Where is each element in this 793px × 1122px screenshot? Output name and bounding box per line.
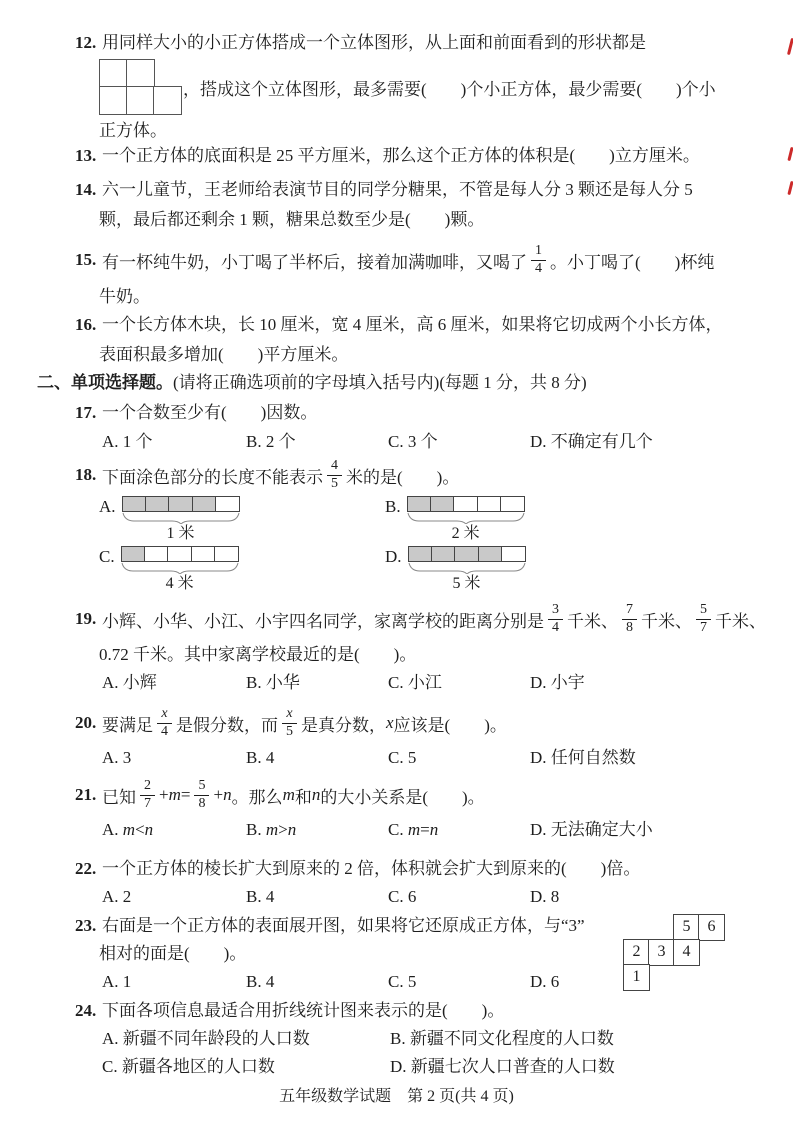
bar-segment: [477, 496, 501, 512]
bar-segment-shaded: [431, 546, 455, 562]
q17-option-a: A. 1 个: [102, 428, 246, 456]
q20-text1: 要满足: [102, 711, 153, 736]
q20-fraction-1: x4: [157, 706, 172, 739]
q14-number: 14.: [75, 175, 102, 205]
q17-text: 一个合数至少有( )因数。: [102, 403, 317, 422]
bar-segment: [453, 496, 477, 512]
q23-option-c: C. 5: [388, 968, 530, 996]
q22-text: 一个正方体的棱长扩大到原来的 2 倍，体积就会扩大到原来的( )倍。: [102, 859, 640, 878]
fraction-numerator: 7: [622, 602, 637, 619]
q20-options: A. 3 B. 4 C. 5 D. 任何自然数: [75, 744, 753, 772]
fraction-denominator: 5: [282, 724, 297, 740]
q20-option-c: C. 5: [388, 744, 530, 772]
net-cell-1: 1: [623, 964, 650, 991]
q15-fraction: 14: [531, 243, 546, 276]
q18-option-c-letter: C.: [99, 546, 115, 568]
q19-option-d: D. 小宇: [530, 669, 753, 697]
q21-number: 21.: [75, 785, 102, 805]
fraction-denominator: 4: [531, 261, 546, 277]
fraction-denominator: 7: [140, 796, 155, 812]
fraction-denominator: 7: [696, 620, 711, 636]
q18-number: 18.: [75, 465, 102, 485]
q22-option-c: C. 6: [388, 883, 530, 911]
question-16: 16.一个长方体木块，长 10 厘米，宽 4 厘米，高 6 厘米，如果将它切成两…: [75, 310, 753, 370]
figure-cell: [126, 86, 155, 115]
q19-line2: 0.72 千米。其中家离学校最近的是( )。: [75, 641, 753, 669]
q21-option-b: B. m>n: [246, 816, 388, 844]
q19-text5: 0.72 千米。其中家离学校最近的是( )。: [99, 645, 416, 664]
q18-text1: 下面涂色部分的长度不能表示: [102, 463, 323, 488]
question-13: 13.一个正方体的底面积是 25 平方厘米，那么这个正方体的体积是( )立方厘米…: [75, 141, 753, 171]
q23-option-a: A. 1: [102, 968, 246, 996]
q12-cube-view-figure: [99, 59, 183, 115]
q16-number: 16.: [75, 310, 102, 340]
q18-option-c: C. 4 米: [99, 546, 239, 594]
figure-cell: [126, 59, 155, 88]
q15-text2: 。小丁喝了( )杯纯: [550, 248, 714, 273]
q20-number: 20.: [75, 713, 102, 733]
bar-segment: [144, 546, 168, 562]
q21-text3: 和: [295, 783, 312, 808]
bar-segment: [501, 546, 525, 562]
q21-equals: =: [181, 785, 191, 805]
q18-option-d-letter: D.: [385, 546, 402, 568]
q12-figure-row: ，搭成这个立体图形，最多需要( )个小正方体，最少需要( )个小: [75, 58, 753, 116]
q20-text3: 是真分数，: [301, 711, 386, 736]
q15-text1: 有一杯纯牛奶，小丁喝了半杯后，接着加满咖啡，又喝了: [102, 248, 527, 273]
bar-segment-shaded: [122, 496, 146, 512]
q23-text2: 相对的面是( )。: [99, 944, 246, 963]
net-cell-5: 5: [673, 914, 700, 941]
fraction-numerator: 4: [327, 458, 342, 475]
question-24: 24.下面各项信息最适合用折线统计图来表示的是( )。 A. 新疆不同年龄段的人…: [75, 997, 753, 1081]
q22-option-d: D. 8: [530, 883, 753, 911]
bar-segment-shaded: [168, 496, 192, 512]
q18-option-b-letter: B.: [385, 496, 401, 518]
q18-text2: 米的是( )。: [346, 463, 459, 488]
figure-cell: [99, 59, 128, 88]
bar-segment: [500, 496, 524, 512]
fraction-denominator: 4: [548, 620, 563, 636]
q13-number: 13.: [75, 141, 102, 171]
q21-fraction-1: 27: [140, 778, 155, 811]
q19-fraction-2: 78: [622, 602, 637, 635]
red-grading-mark: [787, 181, 793, 195]
q19-option-b: B. 小华: [246, 669, 388, 697]
section-2-header: 二、单项选择题。(请将正确选项前的字母填入括号内)(每题 1 分，共 8 分): [37, 368, 753, 398]
q20-variable-x: x: [386, 713, 394, 733]
bar-segment: [167, 546, 191, 562]
bar-segment-shaded: [408, 546, 432, 562]
q18-option-a: A. 1 米: [99, 496, 240, 544]
bar-segment: [215, 496, 239, 512]
fraction-numerator: x: [157, 706, 171, 723]
q14-line1: 14.六一儿童节，王老师给表演节目的同学分糖果，不管是每人分 3 颗还是每人分 …: [75, 175, 753, 205]
q18-option-d: D. 5 米: [385, 546, 526, 594]
question-15: 15. 有一杯纯牛奶，小丁喝了半杯后，接着加满咖啡，又喝了 14 。小丁喝了( …: [75, 238, 753, 312]
segmented-bar: [121, 546, 239, 562]
fraction-numerator: 2: [140, 778, 155, 795]
q24-options-row-2: C. 新疆各地区的人口数 D. 新疆七次人口普查的人口数: [75, 1053, 753, 1081]
q22-number: 22.: [75, 855, 102, 883]
bar-segment-shaded: [430, 496, 454, 512]
q18-option-c-figure: 4 米: [121, 546, 239, 594]
q23-number: 23.: [75, 912, 102, 940]
q21-fraction-2: 58: [194, 778, 209, 811]
q12-text3: 正方体。: [99, 121, 167, 140]
fraction-numerator: 1: [531, 243, 546, 260]
under-brace: [122, 512, 240, 524]
bar-segment-shaded: [454, 546, 478, 562]
q20-stem: 20. 要满足 x4 是假分数，而 x5 是真分数，x 应该是( )。: [75, 702, 753, 744]
section-2-title: 二、单项选择题。: [37, 373, 173, 392]
q17-option-c: C. 3 个: [388, 428, 530, 456]
q19-fraction-1: 34: [548, 602, 563, 635]
q18-option-a-label: 1 米: [167, 524, 195, 544]
fraction-numerator: 3: [548, 602, 563, 619]
q12-line1: 12.用同样大小的小正方体搭成一个立体图形，从上面和前面看到的形状都是: [75, 28, 753, 58]
q15-text3: 牛奶。: [99, 287, 150, 306]
fraction-denominator: 5: [327, 476, 342, 492]
q18-option-b-figure: 2 米: [407, 496, 525, 544]
bar-segment-shaded: [145, 496, 169, 512]
q20-option-a: A. 3: [102, 744, 246, 772]
fraction-numerator: 5: [194, 778, 209, 795]
q21-option-c: C. m=n: [388, 816, 530, 844]
q12-text2: ，搭成这个立体图形，最多需要( )个小正方体，最少需要( )个小: [183, 75, 716, 100]
q19-text3: 千米、: [641, 607, 692, 632]
q21-text1: 已知: [102, 783, 136, 808]
segmented-bar: [408, 546, 526, 562]
q17-option-d: D. 不确定有几个: [530, 428, 753, 456]
q19-fraction-3: 57: [696, 602, 711, 635]
q22-option-a: A. 2: [102, 883, 246, 911]
segmented-bar: [122, 496, 240, 512]
q16-line1: 16.一个长方体木块，长 10 厘米，宽 4 厘米，高 6 厘米，如果将它切成两…: [75, 310, 753, 340]
q24-options-row-1: A. 新疆不同年龄段的人口数 B. 新疆不同文化程度的人口数: [75, 1025, 753, 1053]
q16-text2: 表面积最多增加( )平方厘米。: [99, 345, 348, 364]
q16-line2: 表面积最多增加( )平方厘米。: [75, 340, 753, 370]
question-17: 17.一个合数至少有( )因数。 A. 1 个 B. 2 个 C. 3 个 D.…: [75, 398, 753, 456]
q21-variable-m2: m: [283, 785, 295, 805]
q15-line2: 牛奶。: [75, 282, 753, 312]
red-grading-mark: [787, 147, 793, 161]
q16-text1: 一个长方体木块，长 10 厘米，宽 4 厘米，高 6 厘米，如果将它切成两个小长…: [102, 315, 723, 334]
q21-variable-n: n: [223, 785, 232, 805]
q24-text: 下面各项信息最适合用折线统计图来表示的是( )。: [102, 1001, 504, 1020]
q21-variable-n2: n: [312, 785, 321, 805]
bar-segment: [214, 546, 238, 562]
figure-cell: [99, 86, 128, 115]
q21-options: A. m<n B. m>n C. m=n D. 无法确定大小: [75, 816, 753, 844]
q20-text2: 是假分数，而: [176, 711, 278, 736]
q19-line1: 19. 小辉、小华、小江、小宇四名同学，家离学校的距离分别是 34 千米、 78…: [75, 597, 753, 641]
q20-option-b: B. 4: [246, 744, 388, 772]
question-21: 21. 已知 27 +m= 58 +n。那么 m 和 n 的大小关系是( )。 …: [75, 774, 753, 844]
q19-text1: 小辉、小华、小江、小宇四名同学，家离学校的距离分别是: [102, 607, 544, 632]
q24-option-a: A. 新疆不同年龄段的人口数: [102, 1025, 390, 1053]
figure-cell: [153, 86, 182, 115]
q15-line1: 15. 有一杯纯牛奶，小丁喝了半杯后，接着加满咖啡，又喝了 14 。小丁喝了( …: [75, 238, 753, 282]
q22-options: A. 2 B. 4 C. 6 D. 8: [75, 883, 753, 911]
q19-option-c: C. 小江: [388, 669, 530, 697]
q18-option-a-figure: 1 米: [122, 496, 240, 544]
q18-option-b: B. 2 米: [385, 496, 525, 544]
q17-stem: 17.一个合数至少有( )因数。: [75, 398, 753, 428]
q21-text2: 。那么: [232, 783, 283, 808]
fraction-denominator: 8: [194, 796, 209, 812]
q18-bar-row-1: A. 1 米 B. 2 米: [75, 496, 753, 546]
q19-options: A. 小辉 B. 小华 C. 小江 D. 小宇: [75, 669, 753, 697]
q21-option-a: A. m<n: [102, 816, 246, 844]
q18-stem: 18. 下面涂色部分的长度不能表示 45 米的是( )。: [75, 454, 753, 496]
q21-plus-2: +: [213, 785, 223, 805]
q13-line1: 13.一个正方体的底面积是 25 平方厘米，那么这个正方体的体积是( )立方厘米…: [75, 141, 753, 171]
fraction-numerator: 5: [696, 602, 711, 619]
q23-text1: 右面是一个正方体的表面展开图，如果将它还原成正方体，与“3”: [102, 916, 585, 935]
bar-segment-shaded: [121, 546, 145, 562]
q18-bar-row-2: C. 4 米 D. 5 米: [75, 546, 753, 596]
q24-option-c: C. 新疆各地区的人口数: [102, 1053, 390, 1081]
under-brace: [407, 512, 525, 524]
q21-stem: 21. 已知 27 +m= 58 +n。那么 m 和 n 的大小关系是( )。: [75, 774, 753, 816]
question-12: 12.用同样大小的小正方体搭成一个立体图形，从上面和前面看到的形状都是 ，搭成这…: [75, 28, 753, 146]
question-20: 20. 要满足 x4 是假分数，而 x5 是真分数，x 应该是( )。 A. 3…: [75, 702, 753, 772]
q18-option-a-letter: A.: [99, 496, 116, 518]
q23-cube-net-figure: 5 6 2 3 4 1: [623, 914, 725, 991]
q17-options: A. 1 个 B. 2 个 C. 3 个 D. 不确定有几个: [75, 428, 753, 456]
page-footer: 五年级数学试题 第 2 页(共 4 页): [0, 1084, 793, 1110]
q14-text2: 颗，最后都还剩余 1 颗，糖果总数至少是( )颗。: [99, 210, 484, 229]
bar-segment-shaded: [407, 496, 431, 512]
q17-number: 17.: [75, 398, 102, 428]
net-cell-4: 4: [673, 939, 700, 966]
fraction-denominator: 8: [622, 620, 637, 636]
q18-fraction: 45: [327, 458, 342, 491]
q14-text1: 六一儿童节，王老师给表演节目的同学分糖果，不管是每人分 3 颗还是每人分 5: [102, 180, 693, 199]
q24-stem: 24.下面各项信息最适合用折线统计图来表示的是( )。: [75, 997, 753, 1025]
q20-option-d: D. 任何自然数: [530, 744, 753, 772]
bar-segment: [191, 546, 215, 562]
q19-text4: 千米、: [715, 607, 766, 632]
q21-plus-1: +: [159, 785, 169, 805]
net-cell-3: 3: [648, 939, 675, 966]
q17-option-b: B. 2 个: [246, 428, 388, 456]
bar-segment-shaded: [192, 496, 216, 512]
fraction-numerator: x: [282, 706, 296, 723]
question-18: 18. 下面涂色部分的长度不能表示 45 米的是( )。 A. 1 米 B. 2…: [75, 454, 753, 596]
q14-line2: 颗，最后都还剩余 1 颗，糖果总数至少是( )颗。: [75, 205, 753, 235]
q18-option-c-label: 4 米: [166, 574, 194, 594]
q24-number: 24.: [75, 997, 102, 1025]
q24-option-d: D. 新疆七次人口普查的人口数: [390, 1053, 753, 1081]
net-cell-2: 2: [623, 939, 650, 966]
test-paper-page: 12.用同样大小的小正方体搭成一个立体图形，从上面和前面看到的形状都是 ，搭成这…: [0, 0, 793, 1122]
q20-text4: 应该是( )。: [394, 711, 507, 736]
under-brace: [121, 562, 239, 574]
under-brace: [408, 562, 526, 574]
red-grading-mark: [787, 38, 793, 55]
q12-text1: 用同样大小的小正方体搭成一个立体图形，从上面和前面看到的形状都是: [102, 33, 646, 52]
q20-fraction-2: x5: [282, 706, 297, 739]
q22-option-b: B. 4: [246, 883, 388, 911]
q22-stem: 22.一个正方体的棱长扩大到原来的 2 倍，体积就会扩大到原来的( )倍。: [75, 855, 753, 883]
bar-segment-shaded: [478, 546, 502, 562]
fraction-denominator: 4: [157, 724, 172, 740]
q23-option-b: B. 4: [246, 968, 388, 996]
q19-option-a: A. 小辉: [102, 669, 246, 697]
question-23: 23.右面是一个正方体的表面展开图，如果将它还原成正方体，与“3” 相对的面是(…: [75, 912, 753, 996]
q18-option-b-label: 2 米: [452, 524, 480, 544]
segmented-bar: [407, 496, 525, 512]
q18-option-d-figure: 5 米: [408, 546, 526, 594]
section-2-note: (请将正确选项前的字母填入括号内)(每题 1 分，共 8 分): [173, 373, 587, 392]
q13-text: 一个正方体的底面积是 25 平方厘米，那么这个正方体的体积是( )立方厘米。: [102, 146, 700, 165]
question-14: 14.六一儿童节，王老师给表演节目的同学分糖果，不管是每人分 3 颗还是每人分 …: [75, 175, 753, 235]
question-22: 22.一个正方体的棱长扩大到原来的 2 倍，体积就会扩大到原来的( )倍。 A.…: [75, 855, 753, 911]
q18-option-d-label: 5 米: [453, 574, 481, 594]
q21-variable-m: m: [169, 785, 181, 805]
q21-text4: 的大小关系是( )。: [320, 783, 484, 808]
q19-number: 19.: [75, 609, 102, 629]
net-cell-6: 6: [698, 914, 725, 941]
q21-option-d: D. 无法确定大小: [530, 816, 753, 844]
q19-text2: 千米、: [567, 607, 618, 632]
q12-number: 12.: [75, 28, 102, 58]
q15-number: 15.: [75, 250, 102, 270]
q24-option-b: B. 新疆不同文化程度的人口数: [390, 1025, 753, 1053]
question-19: 19. 小辉、小华、小江、小宇四名同学，家离学校的距离分别是 34 千米、 78…: [75, 597, 753, 697]
